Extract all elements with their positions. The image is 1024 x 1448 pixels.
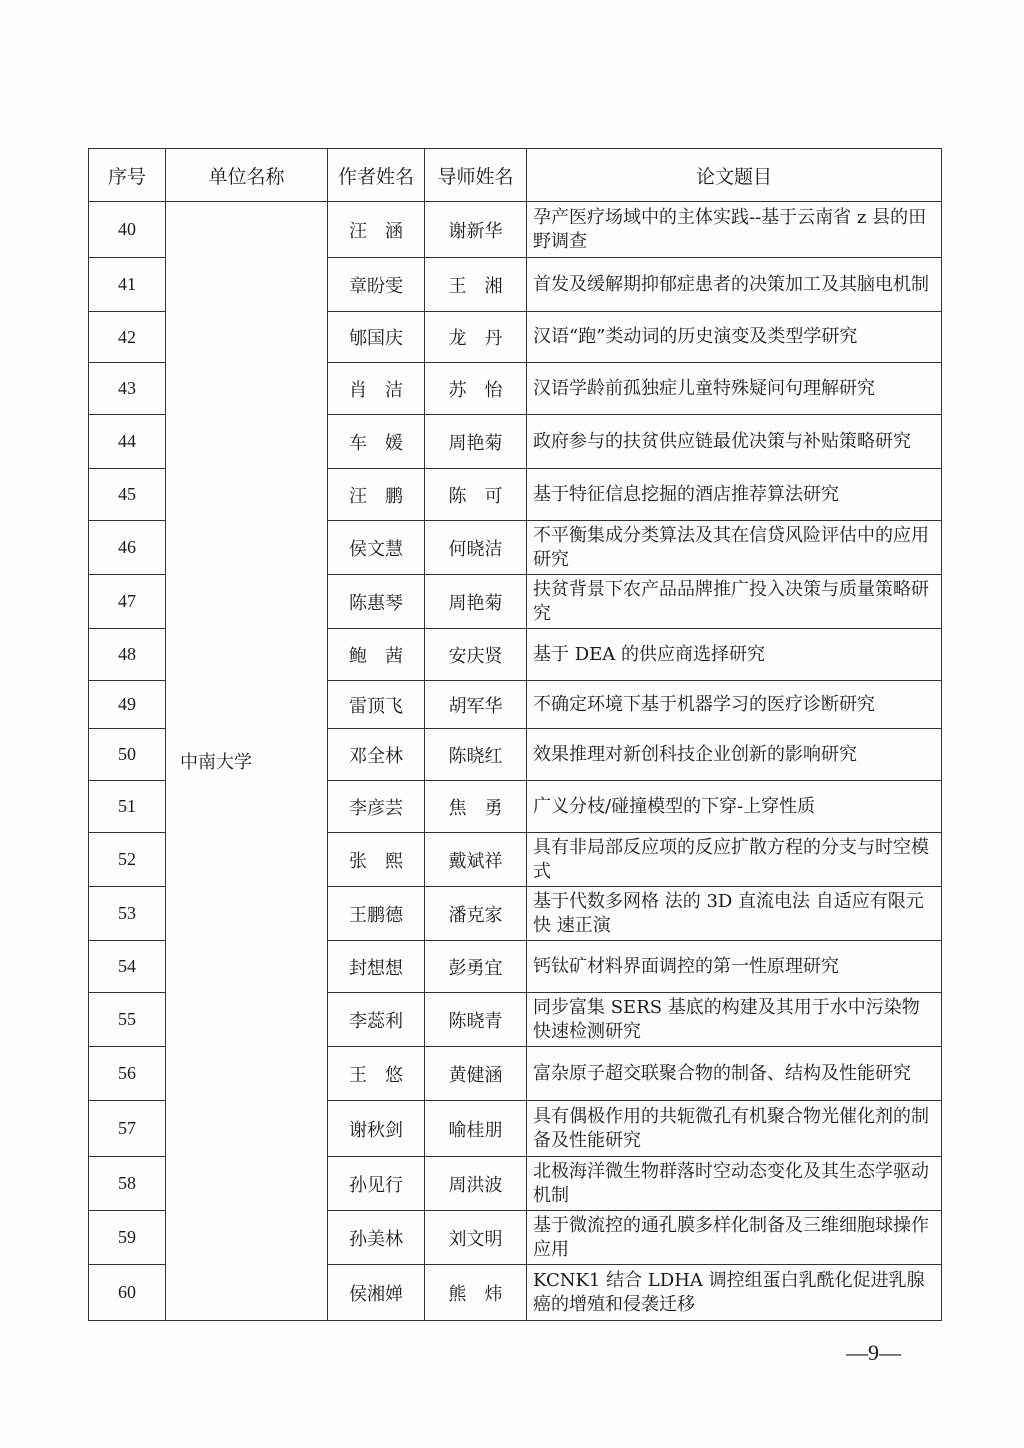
advisor-cell: 胡军华 (425, 681, 527, 729)
serial-cell: 54 (89, 941, 166, 993)
thesis-title-cell: 效果推理对新创科技企业创新的影响研究 (527, 729, 942, 781)
author-cell: 雷顶飞 (328, 681, 425, 729)
thesis-title-cell: 基于微流控的通孔膜多样化制备及三维细胞球操作应用 (527, 1211, 942, 1265)
advisor-cell: 焦 勇 (425, 781, 527, 833)
advisor-cell: 戴斌祥 (425, 833, 527, 887)
thesis-title-cell: 不平衡集成分类算法及其在信贷风险评估中的应用研究 (527, 521, 942, 575)
author-cell: 肖 洁 (328, 363, 425, 415)
serial-cell: 40 (89, 202, 166, 258)
advisor-cell: 苏 怡 (425, 363, 527, 415)
serial-cell: 53 (89, 887, 166, 941)
advisor-cell: 周洪波 (425, 1157, 527, 1211)
advisor-cell: 王 湘 (425, 258, 527, 312)
advisor-cell: 陈晓红 (425, 729, 527, 781)
serial-cell: 48 (89, 629, 166, 681)
serial-cell: 59 (89, 1211, 166, 1265)
serial-cell: 52 (89, 833, 166, 887)
header-unit: 单位名称 (166, 149, 328, 202)
thesis-title-cell: 具有非局部反应项的反应扩散方程的分支与时空模式 (527, 833, 942, 887)
serial-cell: 41 (89, 258, 166, 312)
thesis-title-cell: 首发及缓解期抑郁症患者的决策加工及其脑电机制 (527, 258, 942, 312)
serial-cell: 46 (89, 521, 166, 575)
author-cell: 邓全林 (328, 729, 425, 781)
thesis-title-cell: 扶贫背景下农产品品牌推广投入决策与质量策略研究 (527, 575, 942, 629)
advisor-cell: 潘克家 (425, 887, 527, 941)
unit-cell: 中南大学 (166, 202, 328, 1321)
author-cell: 侯湘婵 (328, 1265, 425, 1321)
serial-cell: 49 (89, 681, 166, 729)
serial-cell: 60 (89, 1265, 166, 1321)
thesis-title-cell: 汉语学龄前孤独症儿童特殊疑问句理解研究 (527, 363, 942, 415)
serial-cell: 58 (89, 1157, 166, 1211)
advisor-cell: 安庆贤 (425, 629, 527, 681)
author-cell: 封想想 (328, 941, 425, 993)
advisor-cell: 喻桂朋 (425, 1101, 527, 1157)
header-serial: 序号 (89, 149, 166, 202)
advisor-cell: 何晓洁 (425, 521, 527, 575)
author-cell: 陈惠琴 (328, 575, 425, 629)
serial-cell: 51 (89, 781, 166, 833)
page-number: —9— (846, 1340, 901, 1366)
thesis-title-cell: 基于特征信息挖掘的酒店推荐算法研究 (527, 469, 942, 521)
serial-cell: 55 (89, 993, 166, 1047)
author-cell: 郇国庆 (328, 312, 425, 363)
thesis-title-cell: 富杂原子超交联聚合物的制备、结构及性能研究 (527, 1047, 942, 1101)
author-cell: 李蕊利 (328, 993, 425, 1047)
advisor-cell: 黄健涵 (425, 1047, 527, 1101)
table-row: 40中南大学汪 涵谢新华孕产医疗场域中的主体实践--基于云南省 z 县的田野调查 (89, 202, 942, 258)
author-cell: 王 悠 (328, 1047, 425, 1101)
advisor-cell: 谢新华 (425, 202, 527, 258)
advisor-cell: 刘文明 (425, 1211, 527, 1265)
author-cell: 李彦芸 (328, 781, 425, 833)
author-cell: 孙见行 (328, 1157, 425, 1211)
author-cell: 汪 涵 (328, 202, 425, 258)
thesis-title-cell: 同步富集 SERS 基底的构建及其用于水中污染物快速检测研究 (527, 993, 942, 1047)
author-cell: 侯文慧 (328, 521, 425, 575)
advisor-cell: 周艳菊 (425, 415, 527, 469)
serial-cell: 43 (89, 363, 166, 415)
thesis-title-cell: KCNK1 结合 LDHA 调控组蛋白乳酰化促进乳腺癌的增殖和侵袭迁移 (527, 1265, 942, 1321)
award-list-table: 序号 单位名称 作者姓名 导师姓名 论文题目 40中南大学汪 涵谢新华孕产医疗场… (88, 148, 942, 1321)
thesis-title-cell: 基于 DEA 的供应商选择研究 (527, 629, 942, 681)
author-cell: 汪 鹏 (328, 469, 425, 521)
thesis-title-cell: 钙钛矿材料界面调控的第一性原理研究 (527, 941, 942, 993)
thesis-title-cell: 基于代数多网格 法的 3D 直流电法 自适应有限元快 速正演 (527, 887, 942, 941)
advisor-cell: 熊 炜 (425, 1265, 527, 1321)
serial-cell: 42 (89, 312, 166, 363)
author-cell: 车 媛 (328, 415, 425, 469)
advisor-cell: 彭勇宜 (425, 941, 527, 993)
serial-cell: 57 (89, 1101, 166, 1157)
author-cell: 张 熙 (328, 833, 425, 887)
advisor-cell: 周艳菊 (425, 575, 527, 629)
thesis-title-cell: 孕产医疗场域中的主体实践--基于云南省 z 县的田野调查 (527, 202, 942, 258)
author-cell: 王鹏德 (328, 887, 425, 941)
advisor-cell: 陈晓青 (425, 993, 527, 1047)
thesis-title-cell: 不确定环境下基于机器学习的医疗诊断研究 (527, 681, 942, 729)
author-cell: 鲍 茜 (328, 629, 425, 681)
author-cell: 谢秋剑 (328, 1101, 425, 1157)
serial-cell: 56 (89, 1047, 166, 1101)
serial-cell: 50 (89, 729, 166, 781)
serial-cell: 44 (89, 415, 166, 469)
thesis-title-cell: 政府参与的扶贫供应链最优决策与补贴策略研究 (527, 415, 942, 469)
header-advisor: 导师姓名 (425, 149, 527, 202)
header-title: 论文题目 (527, 149, 942, 202)
serial-cell: 45 (89, 469, 166, 521)
thesis-title-cell: 广义分枝/碰撞模型的下穿-上穿性质 (527, 781, 942, 833)
thesis-title-cell: 北极海洋微生物群落时空动态变化及其生态学驱动机制 (527, 1157, 942, 1211)
author-cell: 章盼雯 (328, 258, 425, 312)
table-header-row: 序号 单位名称 作者姓名 导师姓名 论文题目 (89, 149, 942, 202)
serial-cell: 47 (89, 575, 166, 629)
thesis-title-cell: 具有偶极作用的共轭微孔有机聚合物光催化剂的制备及性能研究 (527, 1101, 942, 1157)
advisor-cell: 龙 丹 (425, 312, 527, 363)
advisor-cell: 陈 可 (425, 469, 527, 521)
header-author: 作者姓名 (328, 149, 425, 202)
author-cell: 孙美林 (328, 1211, 425, 1265)
thesis-title-cell: 汉语“跑”类动词的历史演变及类型学研究 (527, 312, 942, 363)
